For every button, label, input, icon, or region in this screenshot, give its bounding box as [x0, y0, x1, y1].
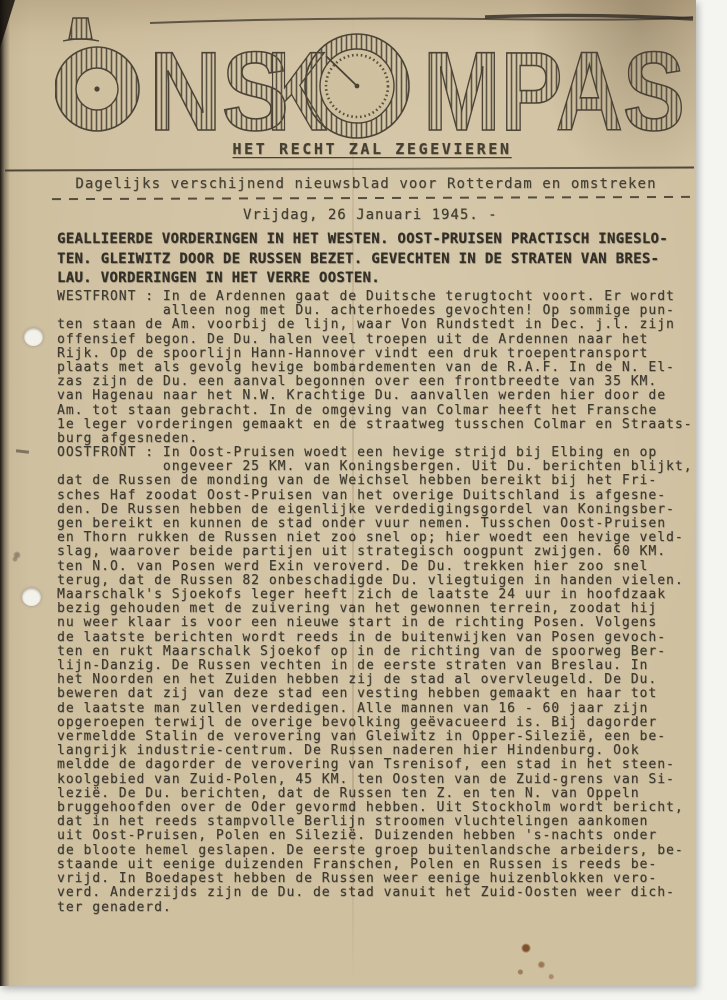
- hole-punch-bottom: [22, 588, 41, 606]
- subtitle: Dagelijks verschijnend nieuwsblad voor R…: [56, 176, 676, 192]
- dateline: Vrijdag, 26 Januari 1945. -: [243, 207, 498, 223]
- hand-drawn-top-line: [150, 17, 693, 23]
- hole-punch-top: [24, 328, 43, 346]
- article-westfront: WESTFRONT : In de Ardennen gaat de Duits…: [57, 290, 693, 446]
- stain-spots: [505, 938, 575, 984]
- motto: HET RECHT ZAL ZEGEVIEREN: [48, 140, 696, 158]
- margin-ink-mark: [16, 449, 29, 454]
- headline: GEALLIEERDE VORDERINGEN IN HET WESTEN. O…: [57, 230, 668, 289]
- pennant-doodle: [63, 18, 99, 41]
- letter-o-ring: [55, 47, 139, 131]
- paper-sheet: NS K MPAS HET RECHT ZAL ZEGEVIEREN Dagel…: [0, 0, 696, 986]
- scanned-page: NS K MPAS HET RECHT ZAL ZEGEVIEREN Dagel…: [0, 0, 727, 1000]
- masthead-word-mpas: MPAS: [423, 29, 685, 142]
- masthead-logo: NS K MPAS: [55, 8, 697, 142]
- margin-smudge: [12, 548, 22, 562]
- article-oostfront: OOSTFRONT : In Oost-Pruisen woedt een he…: [57, 446, 693, 915]
- masthead: NS K MPAS: [55, 8, 697, 142]
- compass-icon: [305, 34, 409, 138]
- divider-dashed-line: [52, 196, 690, 200]
- divider-solid-line: [5, 166, 694, 171]
- torn-left-edge: [0, 0, 10, 986]
- torn-top-left-corner: [0, 0, 15, 48]
